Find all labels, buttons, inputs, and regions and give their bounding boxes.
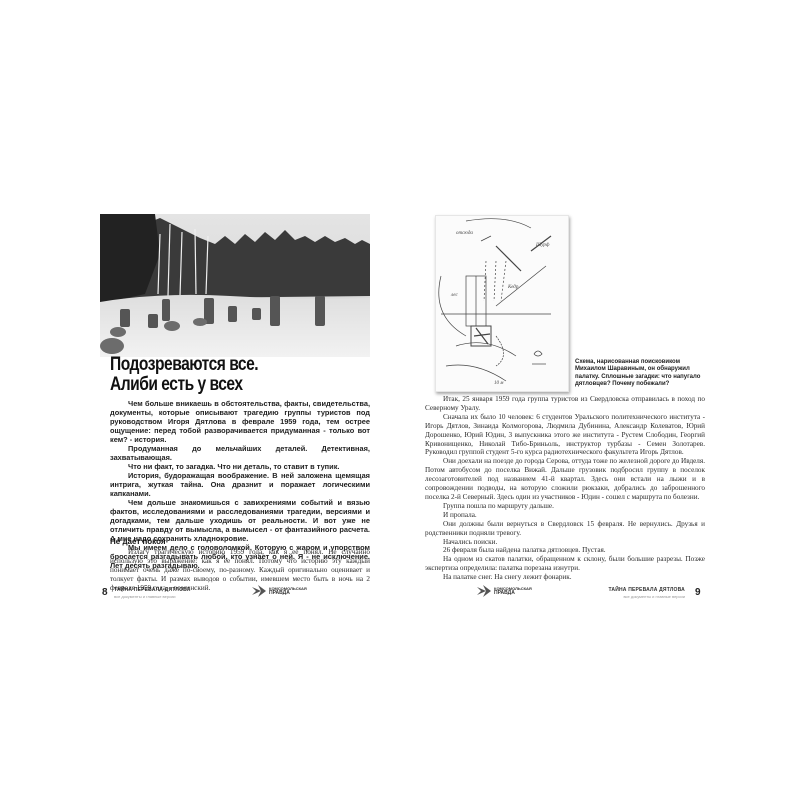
body-paragraph: Сначала их было 10 человек: 6 студентов … [425, 413, 705, 458]
body-paragraph: Они доехали на поезде до города Серова, … [425, 457, 705, 502]
headline-line-1: Подозреваются все. [110, 355, 323, 375]
headline-line-2: Алиби есть у всех [110, 375, 323, 395]
expedition-photo [100, 214, 370, 357]
lead-paragraph: Чем больше вникаешь в обстоятельства, фа… [110, 399, 370, 444]
sketch-image: отсюда Шурф Кедр лес 10 м [436, 216, 568, 391]
logo-text: Комсомольская правда [269, 587, 307, 596]
left-page-footer: 8 ТАЙНА ПЕРЕВАЛА ДЯТЛОВА все документы и… [100, 585, 370, 605]
series-label: ТАЙНА ПЕРЕВАЛА ДЯТЛОВА все документы и г… [114, 587, 191, 599]
lead-paragraph: История, будоражащая воображение. В ней … [110, 471, 370, 498]
lead-paragraph: Что ни факт, то загадка. Что ни деталь, … [110, 462, 370, 471]
kp-star-icon [477, 585, 491, 597]
page-number: 8 [102, 587, 108, 598]
body-paragraph: Начались поиски. [425, 538, 705, 547]
svg-text:Шурф: Шурф [535, 243, 550, 248]
kp-star-icon [252, 585, 266, 597]
article-headline: Подозреваются все. Алиби есть у всех [110, 355, 323, 395]
series-title: ТАЙНА ПЕРЕВАЛА ДЯТЛОВА [114, 587, 191, 593]
page-number: 9 [695, 587, 701, 598]
svg-text:Кедр: Кедр [507, 285, 519, 290]
series-subtitle: все документы и главные версии [114, 594, 191, 599]
body-paragraph: На одном из скатов палатки, обращенном к… [425, 555, 705, 573]
body-paragraph: Они должны были вернуться в Свердловск 1… [425, 520, 705, 538]
svg-text:10 м: 10 м [494, 381, 504, 386]
logo-text: Комсомольская правда [494, 587, 532, 596]
right-page: отсюда Шурф Кедр лес 10 м Схема, нарисов… [425, 205, 705, 605]
sketch-caption: Схема, нарисованная поисковиком Михаилом… [575, 359, 705, 388]
right-body-text: Итак, 25 января 1959 года группа туристо… [425, 395, 705, 582]
series-title: ТАЙНА ПЕРЕВАЛА ДЯТЛОВА [605, 587, 685, 593]
right-page-footer: Комсомольская правда ТАЙНА ПЕРЕВАЛА ДЯТЛ… [425, 585, 705, 605]
search-scheme-sketch: отсюда Шурф Кедр лес 10 м [435, 215, 569, 392]
kp-logo: Комсомольская правда [477, 585, 532, 597]
left-page: Подозреваются все. Алиби есть у всех Чем… [100, 205, 370, 605]
body-paragraph: Итак, 25 января 1959 года группа туристо… [425, 395, 705, 413]
lead-paragraph: Продуманная до мельчайших деталей. Детек… [110, 444, 370, 462]
book-spread: Подозреваются все. Алиби есть у всех Чем… [0, 0, 800, 800]
svg-text:лес: лес [450, 293, 458, 298]
body-paragraph: Группа пошла по маршруту дальше. [425, 502, 705, 511]
series-subtitle: все документы и главные версии [605, 594, 685, 599]
section-subhead: Не дает покоя [110, 537, 166, 546]
kp-logo: Комсомольская правда [252, 585, 307, 597]
svg-text:отсюда: отсюда [456, 231, 473, 236]
body-paragraph: 26 февраля была найдена палатка дятловце… [425, 546, 705, 555]
body-paragraph: На палатке снег. На снегу лежит фонарик. [425, 573, 705, 582]
body-paragraph: И пропала. [425, 511, 705, 520]
series-label: ТАЙНА ПЕРЕВАЛА ДЯТЛОВА все документы и г… [605, 587, 685, 599]
photo-image [100, 214, 370, 357]
